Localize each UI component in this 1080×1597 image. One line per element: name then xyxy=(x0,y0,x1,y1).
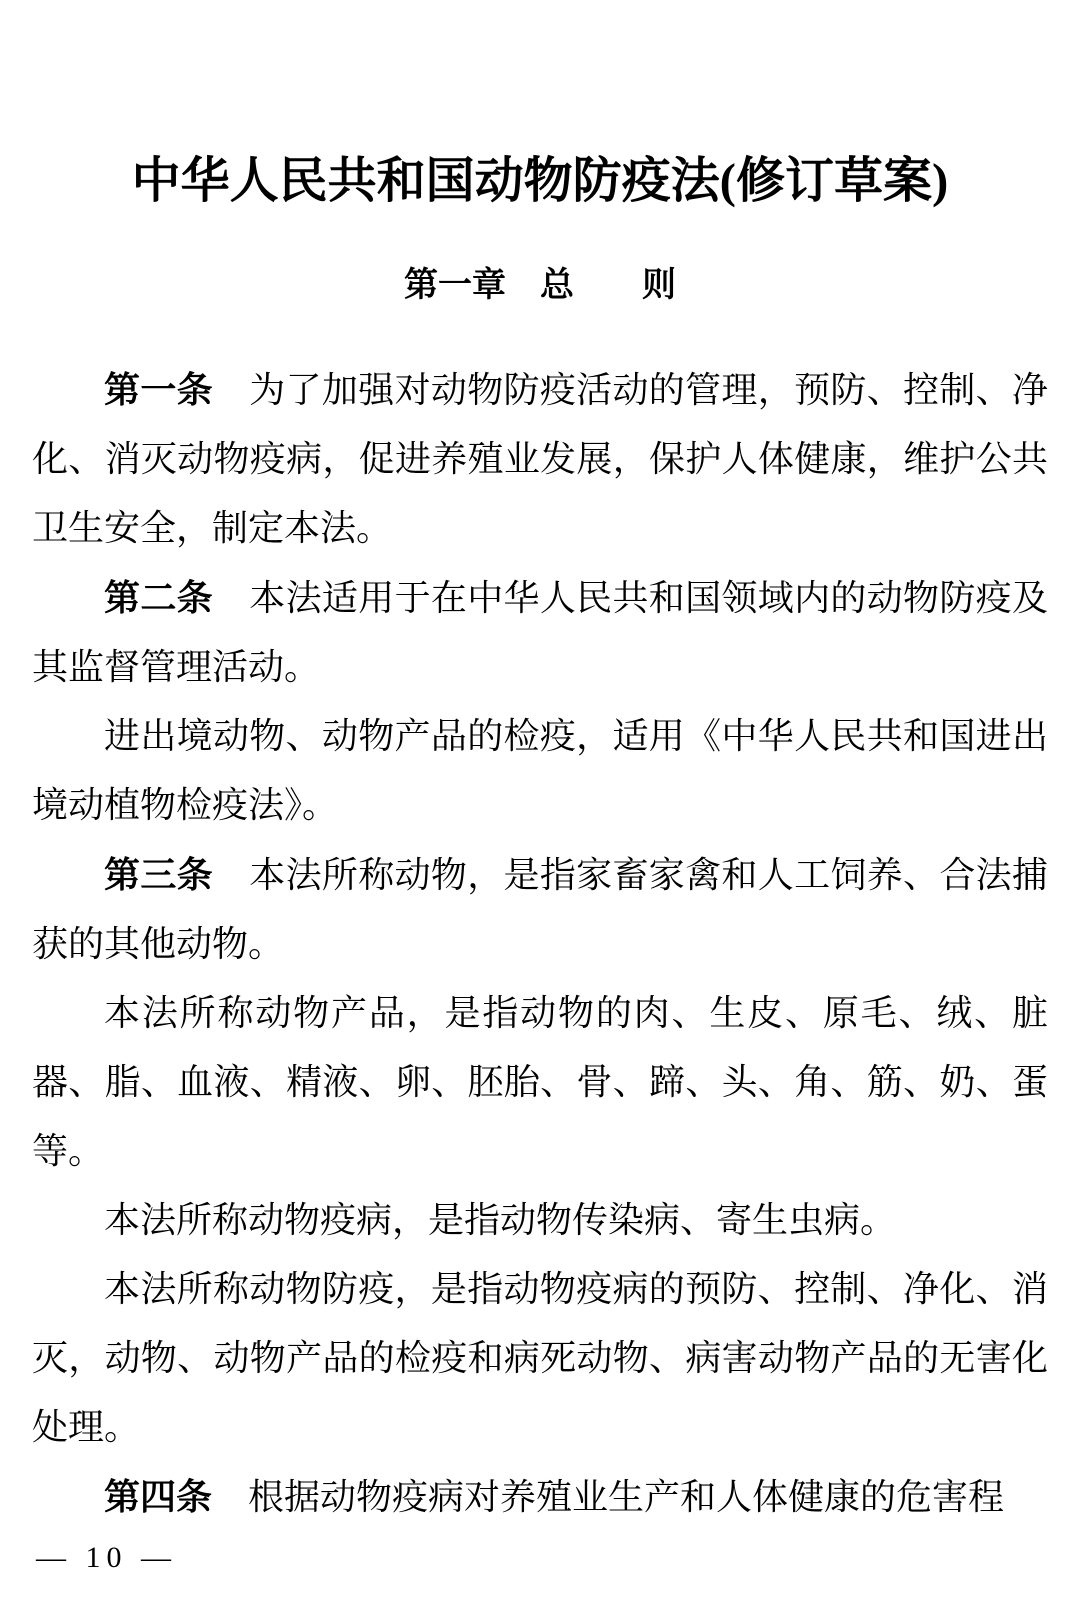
paragraph: 本法所称动物疫病，是指动物传染病、寄生虫病。 xyxy=(32,1186,1048,1255)
page-number: — 10 — xyxy=(36,1541,177,1575)
paragraph: 本法所称动物防疫，是指动物疫病的预防、控制、净化、消灭，动物、动物产品的检疫和病… xyxy=(32,1255,1048,1462)
article-number: 第三条 xyxy=(104,854,213,895)
paragraph: 第四条 根据动物疫病对养殖业生产和人体健康的危害程 xyxy=(32,1462,1048,1532)
chapter-heading: 第一章 总 则 xyxy=(0,265,1080,305)
paragraph: 本法所称动物产品，是指动物的肉、生皮、原毛、绒、脏器、脂、血液、精液、卵、胚胎、… xyxy=(32,979,1048,1186)
article-number: 第四条 xyxy=(104,1476,212,1517)
document-page: 中华人民共和国动物防疫法(修订草案) 第一章 总 则 第一条 为了加强对动物防疫… xyxy=(0,0,1080,1597)
paragraph: 进出境动物、动物产品的检疫，适用《中华人民共和国进出境动植物检疫法》。 xyxy=(32,702,1048,840)
document-body: 第一条 为了加强对动物防疫活动的管理，预防、控制、净化、消灭动物疫病，促进养殖业… xyxy=(32,355,1048,1532)
paragraph: 第一条 为了加强对动物防疫活动的管理，预防、控制、净化、消灭动物疫病，促进养殖业… xyxy=(32,355,1048,563)
paragraph: 第三条 本法所称动物，是指家畜家禽和人工饲养、合法捕获的其他动物。 xyxy=(32,840,1048,979)
article-number: 第二条 xyxy=(104,577,213,618)
paragraph: 第二条 本法适用于在中华人民共和国领域内的动物防疫及其监督管理活动。 xyxy=(32,563,1048,702)
article-number: 第一条 xyxy=(104,369,213,410)
document-title: 中华人民共和国动物防疫法(修订草案) xyxy=(0,0,1080,210)
